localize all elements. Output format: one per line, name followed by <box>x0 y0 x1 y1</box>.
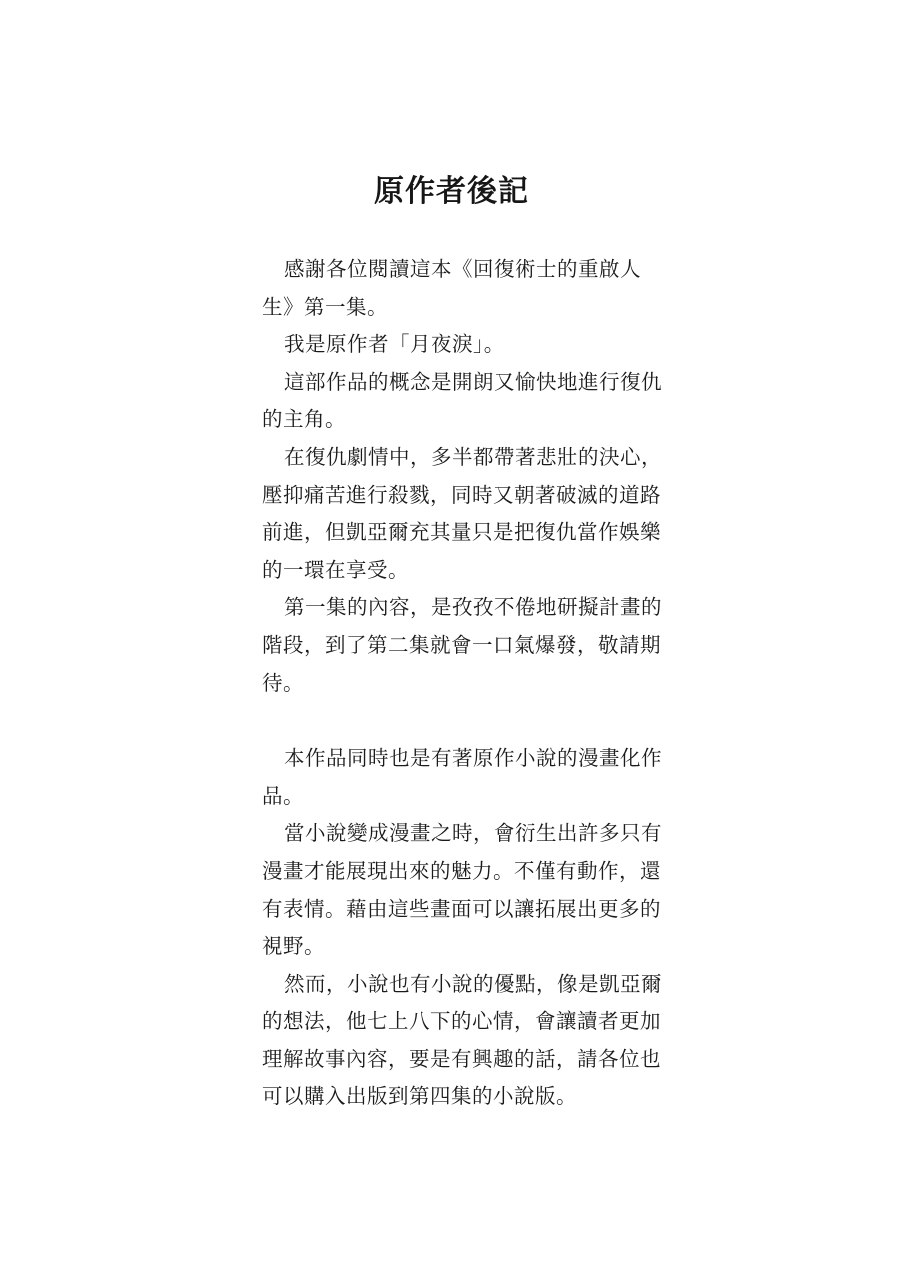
paragraph: 我是原作者「月夜淚」。 <box>262 326 662 364</box>
paragraph: 本作品同時也是有著原作小說的漫畫化作 品。 <box>262 740 662 815</box>
text-line: 有表情。藉由這些畫面可以讓拓展出更多的 <box>262 891 662 929</box>
text-line: 生》第一集。 <box>262 289 662 327</box>
paragraph: 這部作品的概念是開朗又愉快地進行復仇 的主角。 <box>262 364 662 439</box>
paragraph: 然而，小說也有小說的優點，像是凱亞爾 的想法，他七上八下的心情，會讓讀者更加 理… <box>262 966 662 1116</box>
text-line: 的想法，他七上八下的心情，會讓讀者更加 <box>262 1003 662 1041</box>
paragraph: 當小說變成漫畫之時，會衍生出許多只有 漫畫才能展現出來的魅力。不僅有動作，還 有… <box>262 815 662 965</box>
text-line: 然而，小說也有小說的優點，像是凱亞爾 <box>262 966 662 1004</box>
text-line: 本作品同時也是有著原作小說的漫畫化作 <box>262 740 662 778</box>
afterword-section-1: 感謝各位閱讀這本《回復術士的重啟人 生》第一集。 我是原作者「月夜淚」。 這部作… <box>262 251 662 702</box>
text-line: 階段，到了第二集就會一口氣爆發，敬請期 <box>262 627 662 665</box>
text-line: 待。 <box>262 665 662 703</box>
text-line: 我是原作者「月夜淚」。 <box>262 326 662 364</box>
text-line: 壓抑痛苦進行殺戮，同時又朝著破滅的道路 <box>262 477 662 515</box>
page-title: 原作者後記 <box>0 172 903 212</box>
text-line: 第一集的內容，是孜孜不倦地研擬計畫的 <box>262 589 662 627</box>
text-line: 漫畫才能展現出來的魅力。不僅有動作，還 <box>262 853 662 891</box>
text-line: 視野。 <box>262 928 662 966</box>
text-line: 品。 <box>262 778 662 816</box>
afterword-body: 感謝各位閱讀這本《回復術士的重啟人 生》第一集。 我是原作者「月夜淚」。 這部作… <box>262 251 662 1116</box>
text-line: 當小說變成漫畫之時，會衍生出許多只有 <box>262 815 662 853</box>
text-line: 的一環在享受。 <box>262 552 662 590</box>
text-line: 可以購入出版到第四集的小說版。 <box>262 1078 662 1116</box>
text-line: 感謝各位閱讀這本《回復術士的重啟人 <box>262 251 662 289</box>
text-line: 在復仇劇情中，多半都帶著悲壯的決心， <box>262 439 662 477</box>
section-spacer <box>262 702 662 740</box>
text-line: 前進，但凱亞爾充其量只是把復仇當作娛樂 <box>262 514 662 552</box>
paragraph: 感謝各位閱讀這本《回復術士的重啟人 生》第一集。 <box>262 251 662 326</box>
paragraph: 在復仇劇情中，多半都帶著悲壯的決心， 壓抑痛苦進行殺戮，同時又朝著破滅的道路 前… <box>262 439 662 589</box>
afterword-section-2: 本作品同時也是有著原作小說的漫畫化作 品。 當小說變成漫畫之時，會衍生出許多只有… <box>262 740 662 1116</box>
text-line: 這部作品的概念是開朗又愉快地進行復仇 <box>262 364 662 402</box>
book-page: 原作者後記 感謝各位閱讀這本《回復術士的重啟人 生》第一集。 我是原作者「月夜淚… <box>0 0 903 1280</box>
text-line: 的主角。 <box>262 401 662 439</box>
text-line: 理解故事內容，要是有興趣的話，請各位也 <box>262 1041 662 1079</box>
paragraph: 第一集的內容，是孜孜不倦地研擬計畫的 階段，到了第二集就會一口氣爆發，敬請期 待… <box>262 589 662 702</box>
